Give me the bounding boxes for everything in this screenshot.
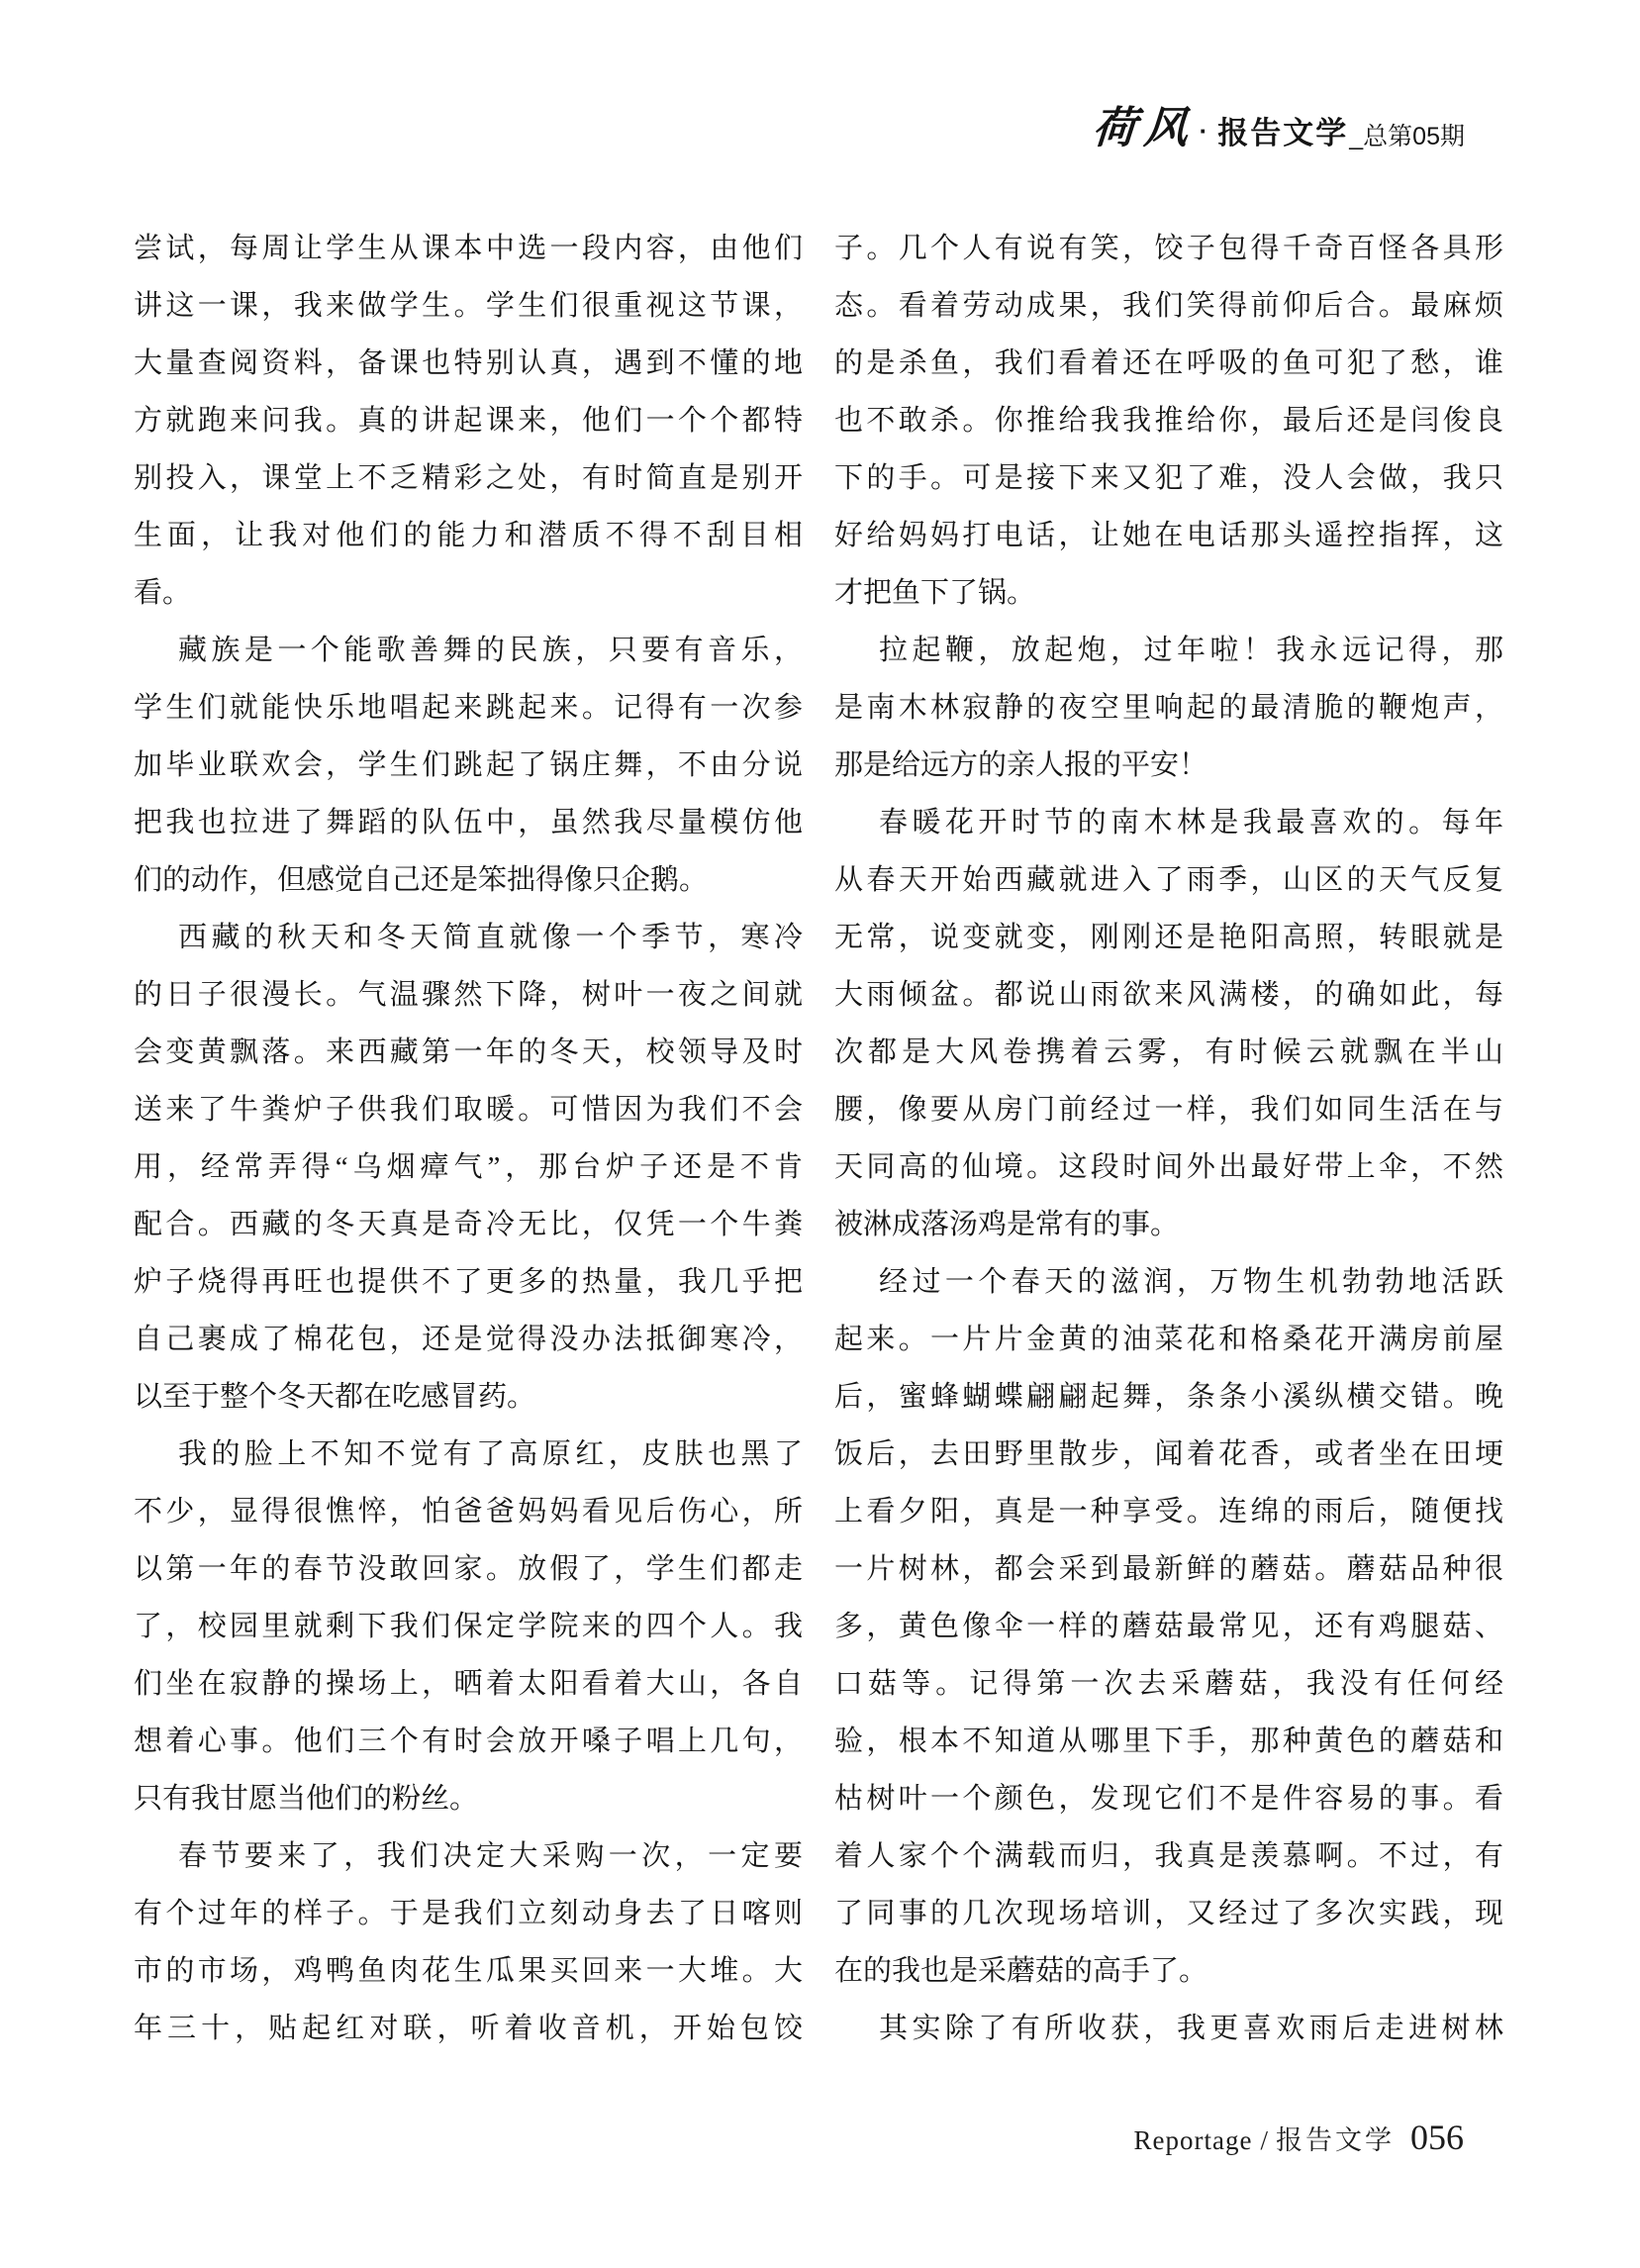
- text-line: 有个过年的样子。于是我们立刻动身去了日喀则: [134, 1885, 803, 1942]
- text-line: 春节要来了，我们决定大采购一次，一定要: [134, 1827, 803, 1885]
- header-section-title: 报告文学: [1217, 118, 1348, 150]
- text-line: 经过一个春天的滋润，万物生机勃勃地活跃: [834, 1253, 1503, 1311]
- text-line: 了同事的几次现场培训，又经过了多次实践，现: [834, 1885, 1503, 1942]
- magazine-logo-script: 荷风: [1091, 107, 1197, 150]
- text-line: 方就跑来问我。真的讲起课来，他们一个个都特: [134, 392, 803, 449]
- text-line: 只有我甘愿当他们的粉丝。: [134, 1770, 803, 1827]
- text-line: 无常，说变就变，刚刚还是艳阳高照，转眼就是: [834, 909, 1503, 966]
- text-column: 子。几个人有说有笑，饺子包得千奇百怪各具形态。看着劳动成果，我们笑得前仰后合。最…: [834, 220, 1503, 2057]
- article-body: 尝试，每周让学生从课本中选一段内容，由他们讲这一课，我来做学生。学生们很重视这节…: [134, 220, 1503, 2057]
- text-line: 才把鱼下了锅。: [834, 564, 1503, 622]
- text-line: 送来了牛粪炉子供我们取暖。可惜因为我们不会: [134, 1081, 803, 1138]
- text-line: 的日子很漫长。气温骤然下降，树叶一夜之间就: [134, 966, 803, 1024]
- text-line: 市的市场，鸡鸭鱼肉花生瓜果买回来一大堆。大: [134, 1942, 803, 2000]
- text-line: 我的脸上不知不觉有了高原红，皮肤也黑了: [134, 1426, 803, 1483]
- text-line: 着人家个个满载而归，我真是羡慕啊。不过，有: [834, 1827, 1503, 1885]
- footer-separator: /: [1260, 2125, 1268, 2156]
- text-line: 了，校园里就剩下我们保定学院来的四个人。我: [134, 1598, 803, 1655]
- text-line: 想着心事。他们三个有时会放开嗓子唱上几句，: [134, 1713, 803, 1770]
- text-line: 大量查阅资料，备课也特别认真，遇到不懂的地: [134, 335, 803, 392]
- text-line: 后，蜜蜂蝴蝶翩翩起舞，条条小溪纵横交错。晚: [834, 1368, 1503, 1426]
- text-line: 子。几个人有说有笑，饺子包得千奇百怪各具形: [834, 220, 1503, 277]
- text-line: 学生们就能快乐地唱起来跳起来。记得有一次参: [134, 679, 803, 737]
- text-line: 次都是大风卷携着云雾，有时候云就飘在半山: [834, 1024, 1503, 1081]
- text-line: 别投入，课堂上不乏精彩之处，有时简直是别开: [134, 449, 803, 507]
- page-header: 荷风 · 报告文学 _总第05期: [1093, 107, 1465, 150]
- text-line: 年三十，贴起红对联，听着收音机，开始包饺: [134, 2000, 803, 2057]
- header-separator-dot: ·: [1200, 116, 1208, 147]
- text-line: 藏族是一个能歌善舞的民族，只要有音乐，: [134, 622, 803, 679]
- text-line: 下的手。可是接下来又犯了难，没人会做，我只: [834, 449, 1503, 507]
- text-line: 加毕业联欢会，学生们跳起了锅庄舞，不由分说: [134, 737, 803, 794]
- text-line: 也不敢杀。你推给我我推给你，最后还是闫俊良: [834, 392, 1503, 449]
- text-line: 春暖花开时节的南木林是我最喜欢的。每年: [834, 794, 1503, 851]
- text-line: 以第一年的春节没敢回家。放假了，学生们都走: [134, 1540, 803, 1598]
- text-line: 那是给远方的亲人报的平安！: [834, 737, 1503, 794]
- text-line: 们坐在寂静的操场上，晒着太阳看着大山，各自: [134, 1655, 803, 1713]
- text-line: 从春天开始西藏就进入了雨季，山区的天气反复: [834, 851, 1503, 909]
- text-line: 以至于整个冬天都在吃感冒药。: [134, 1368, 803, 1426]
- text-line: 天同高的仙境。这段时间外出最好带上伞，不然: [834, 1138, 1503, 1196]
- text-line: 态。看着劳动成果，我们笑得前仰后合。最麻烦: [834, 277, 1503, 335]
- text-line: 被淋成落汤鸡是常有的事。: [834, 1196, 1503, 1253]
- text-line: 上看夕阳，真是一种享受。连绵的雨后，随便找: [834, 1483, 1503, 1540]
- page-footer: Reportage / 报告文学 056: [1134, 2117, 1464, 2158]
- text-line: 用，经常弄得“乌烟瘴气”，那台炉子还是不肯: [134, 1138, 803, 1196]
- text-line: 会变黄飘落。来西藏第一年的冬天，校领导及时: [134, 1024, 803, 1081]
- footer-page-number: 056: [1410, 2117, 1464, 2158]
- text-line: 一片树林，都会采到最新鲜的蘑菇。蘑菇品种很: [834, 1540, 1503, 1598]
- text-line: 看。: [134, 564, 803, 622]
- footer-section-en: Reportage: [1134, 2125, 1253, 2156]
- text-line: 不少，显得很憔悴，怕爸爸妈妈看见后伤心，所: [134, 1483, 803, 1540]
- text-line: 口菇等。记得第一次去采蘑菇，我没有任何经: [834, 1655, 1503, 1713]
- text-line: 拉起鞭，放起炮，过年啦！我永远记得，那: [834, 622, 1503, 679]
- text-line: 腰，像要从房门前经过一样，我们如同生活在与: [834, 1081, 1503, 1138]
- text-line: 把我也拉进了舞蹈的队伍中，虽然我尽量模仿他: [134, 794, 803, 851]
- text-line: 在的我也是采蘑菇的高手了。: [834, 1942, 1503, 2000]
- text-line: 西藏的秋天和冬天简直就像一个季节，寒冷: [134, 909, 803, 966]
- text-line: 生面，让我对他们的能力和潜质不得不刮目相: [134, 507, 803, 564]
- text-line: 配合。西藏的冬天真是奇冷无比，仅凭一个牛粪: [134, 1196, 803, 1253]
- text-line: 们的动作，但感觉自己还是笨拙得像只企鹅。: [134, 851, 803, 909]
- text-line: 枯树叶一个颜色，发现它们不是件容易的事。看: [834, 1770, 1503, 1827]
- text-column: 尝试，每周让学生从课本中选一段内容，由他们讲这一课，我来做学生。学生们很重视这节…: [134, 220, 803, 2057]
- text-line: 饭后，去田野里散步，闻着花香，或者坐在田埂: [834, 1426, 1503, 1483]
- text-line: 验，根本不知道从哪里下手，那种黄色的蘑菇和: [834, 1713, 1503, 1770]
- text-line: 好给妈妈打电话，让她在电话那头遥控指挥，这: [834, 507, 1503, 564]
- header-issue-label: _总第05期: [1349, 124, 1465, 151]
- text-line: 多，黄色像伞一样的蘑菇最常见，还有鸡腿菇、: [834, 1598, 1503, 1655]
- footer-section-zh: 报告文学: [1276, 2119, 1395, 2157]
- text-line: 的是杀鱼，我们看着还在呼吸的鱼可犯了愁，谁: [834, 335, 1503, 392]
- text-line: 大雨倾盆。都说山雨欲来风满楼，的确如此，每: [834, 966, 1503, 1024]
- text-line: 炉子烧得再旺也提供不了更多的热量，我几乎把: [134, 1253, 803, 1311]
- magazine-page: 荷风 · 报告文学 _总第05期 尝试，每周让学生从课本中选一段内容，由他们讲这…: [0, 0, 1640, 2268]
- text-line: 讲这一课，我来做学生。学生们很重视这节课，: [134, 277, 803, 335]
- text-line: 其实除了有所收获，我更喜欢雨后走进树林: [834, 2000, 1503, 2057]
- text-line: 起来。一片片金黄的油菜花和格桑花开满房前屋: [834, 1311, 1503, 1368]
- text-line: 是南木林寂静的夜空里响起的最清脆的鞭炮声，: [834, 679, 1503, 737]
- text-line: 尝试，每周让学生从课本中选一段内容，由他们: [134, 220, 803, 277]
- text-line: 自己裹成了棉花包，还是觉得没办法抵御寒冷，: [134, 1311, 803, 1368]
